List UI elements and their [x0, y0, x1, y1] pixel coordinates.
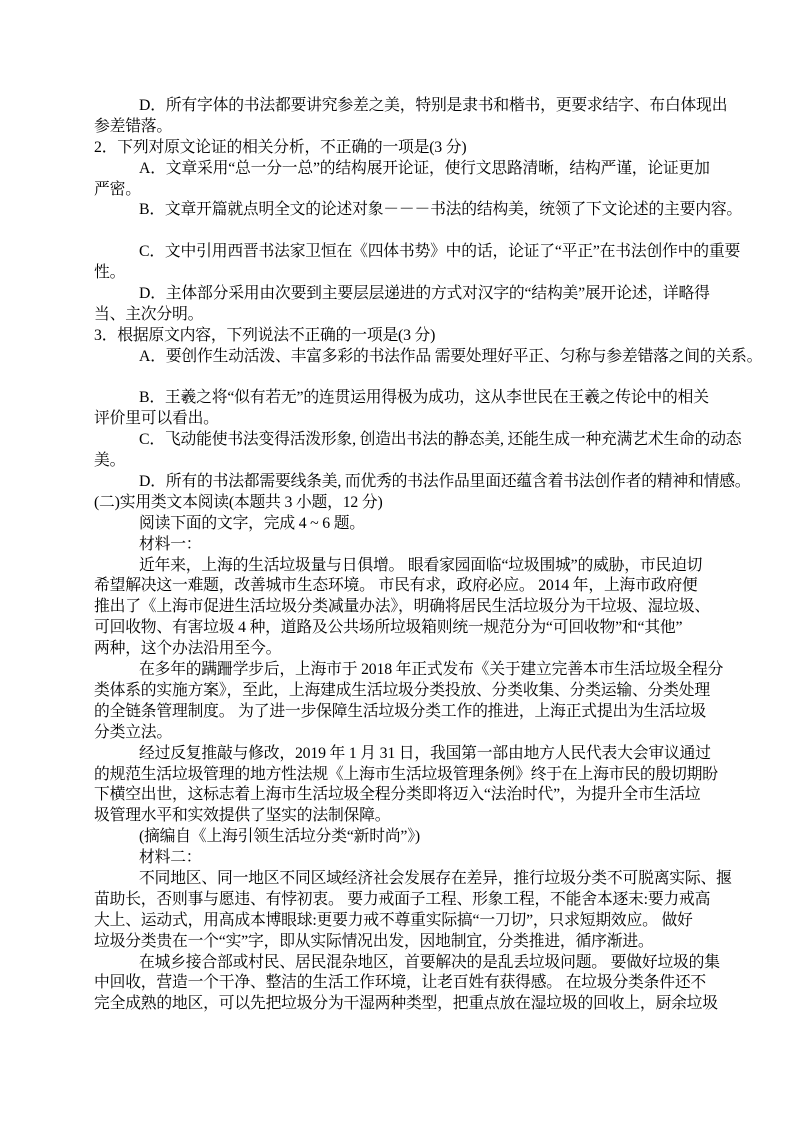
- text-line: 经过反复推敲与修改，2019 年 1 月 31 日，我国第一部由地方人民代表大会…: [94, 744, 734, 765]
- text-line: D．所有字体的书法都要讲究参差之美，特别是隶书和楷书，更要求结字、布白体现出: [94, 96, 734, 117]
- option-c-line: C．文中引用西晋书法家卫恒在《四体书势》中的话，论证了“平正”在书法创作中的重要: [94, 242, 734, 263]
- text-line: 大上、运动式，用高成本博眼球:更要力戒不尊重实际搞“一刀切”，只求短期效应。 做…: [94, 911, 734, 932]
- text-line: 参差错落。: [94, 117, 734, 138]
- option-c-line: 性。: [94, 263, 734, 284]
- text-line: 推出了《上海市促进生活垃圾分类减量办法》，明确将居民生活垃圾分为干垃圾、湿垃圾、: [94, 597, 734, 618]
- text-line: 类体系的实施方案》，至此，上海建成生活垃圾分类投放、分类收集、分类运输、分类处理: [94, 681, 734, 702]
- option-a-line: A．文章采用“总一分一总”的结构展开论证，使行文思路清晰，结构严谨，论证更加: [94, 159, 734, 180]
- text-line: 垃圾分类贵在一个“实”字，即从实际情况出发，因地制宜，分类推进，循序渐进。: [94, 932, 734, 953]
- text-line: 不同地区、同一地区不同区域经济社会发展存在差异，推行垃圾分类不可脱离实际、揠: [94, 869, 734, 890]
- material-heading: 材料二：: [94, 848, 734, 869]
- material-heading: 材料一：: [94, 535, 734, 556]
- source-attribution: (摘编自《上海引领生活垃分类“新时尚”》): [94, 827, 734, 848]
- option-b-line: B．王羲之将“似有若无”的连贯运用得极为成功，这从李世民在王羲之传论中的相关: [94, 388, 734, 409]
- text-line: 的全链条管理制度。 为了进一步保障生活垃圾分类工作的推进，上海正式提出为生活垃圾: [94, 702, 734, 723]
- text-line: 希望解决这一难题，改善城市生态环境。 市民有求，政府必应。 2014 年，上海市…: [94, 576, 734, 597]
- text-line: 分类立法。: [94, 723, 734, 744]
- option-b-line: 评价里可以看出。: [94, 409, 734, 430]
- material-1: 材料一： 近年来，上海的生活垃圾量与日俱增。 眼看家园面临“垃圾围城”的威胁，市…: [94, 535, 734, 848]
- option-d-line: 当、主次分明。: [94, 305, 734, 326]
- option-a-line: 严密。: [94, 180, 734, 201]
- question-stem: 3．根据原文内容，下列说法不正确的一项是(3 分): [94, 326, 734, 347]
- blank-line: [94, 368, 734, 389]
- text-line: 可回收物、有害垃圾 4 种，道路及公共场所垃圾箱则统一规范分为“可回收物”和“其…: [94, 618, 734, 639]
- document-text-block: D．所有字体的书法都要讲究参差之美，特别是隶书和楷书，更要求结字、布白体现出 参…: [94, 96, 734, 1015]
- option-d-line: D．主体部分采用由次要到主要层层递进的方式对汉字的“结构美”展开论述，详略得: [94, 284, 734, 305]
- exam-document-page: D．所有字体的书法都要讲究参差之美，特别是隶书和楷书，更要求结字、布白体现出 参…: [0, 0, 794, 1123]
- material-2: 材料二： 不同地区、同一地区不同区域经济社会发展存在差异，推行垃圾分类不可脱离实…: [94, 848, 734, 1015]
- text-line: 的规范生活垃圾管理的地方性法规《上海市生活垃圾管理条例》终于在上海市民的殷切期盼: [94, 765, 734, 786]
- text-line: 近年来，上海的生活垃圾量与日俱增。 眼看家园面临“垃圾围城”的威胁，市民迫切: [94, 556, 734, 577]
- text-line: 苗助长，否则事与愿违、有悖初衷。 要力戒面子工程、形象工程，不能舍本逐末:要力戒…: [94, 890, 734, 911]
- text-line: 圾管理水平和实效提供了坚实的法制保障。: [94, 806, 734, 827]
- reading-instruction: 阅读下面的文字，完成 4 ~ 6 题。: [94, 514, 734, 535]
- text-line: 在城乡接合部或村民、居民混杂地区，首要解决的是乱丢垃圾问题。 要做好垃圾的集: [94, 953, 734, 974]
- option-d-line: D．所有的书法都需要线条美, 而优秀的书法作品里面还蕴含着书法创作者的精神和情感…: [94, 472, 734, 493]
- section-heading: (二)实用类文本阅读(本题共 3 小题，12 分): [94, 493, 734, 514]
- question-2: 2．下列对原文论证的相关分析，不正确的一项是(3 分) A．文章采用“总一分一总…: [94, 138, 734, 326]
- question-stem: 2．下列对原文论证的相关分析，不正确的一项是(3 分): [94, 138, 734, 159]
- text-line: 两种，这个办法沿用至今。: [94, 639, 734, 660]
- option-a-line: A．要创作生动活泼、丰富多彩的书法作品 需要处理好平正、匀称与参差错落之间的关系…: [94, 347, 734, 368]
- option-c-line: 美。: [94, 451, 734, 472]
- section-2-reading-header: (二)实用类文本阅读(本题共 3 小题，12 分) 阅读下面的文字，完成 4 ~…: [94, 493, 734, 535]
- option-b-line: B．文章开篇就点明全文的论述对象－－－书法的结构美，统领了下文论述的主要内容。: [94, 200, 734, 221]
- text-line: 完全成熟的地区，可以先把垃圾分为干湿两种类型，把重点放在湿垃圾的回收上，厨余垃圾: [94, 994, 734, 1015]
- question-3: 3．根据原文内容，下列说法不正确的一项是(3 分) A．要创作生动活泼、丰富多彩…: [94, 326, 734, 493]
- question-1-option-d: D．所有字体的书法都要讲究参差之美，特别是隶书和楷书，更要求结字、布白体现出 参…: [94, 96, 734, 138]
- text-line: 中回收，营造一个干净、整洁的生活工作环境，让老百姓有获得感。 在垃圾分类条件还不: [94, 973, 734, 994]
- text-line: 在多年的蹒跚学步后，上海市于 2018 年正式发布《关于建立完善本市生活垃圾全程…: [94, 660, 734, 681]
- text-line: 下横空出世，这标志着上海市生活垃圾全程分类即将迈入“法治时代”，为提升全市生活垃: [94, 785, 734, 806]
- option-c-line: C．飞动能使书法变得活泼形象, 创造出书法的静态美, 还能生成一种充满艺术生命的…: [94, 430, 734, 451]
- blank-line: [94, 221, 734, 242]
